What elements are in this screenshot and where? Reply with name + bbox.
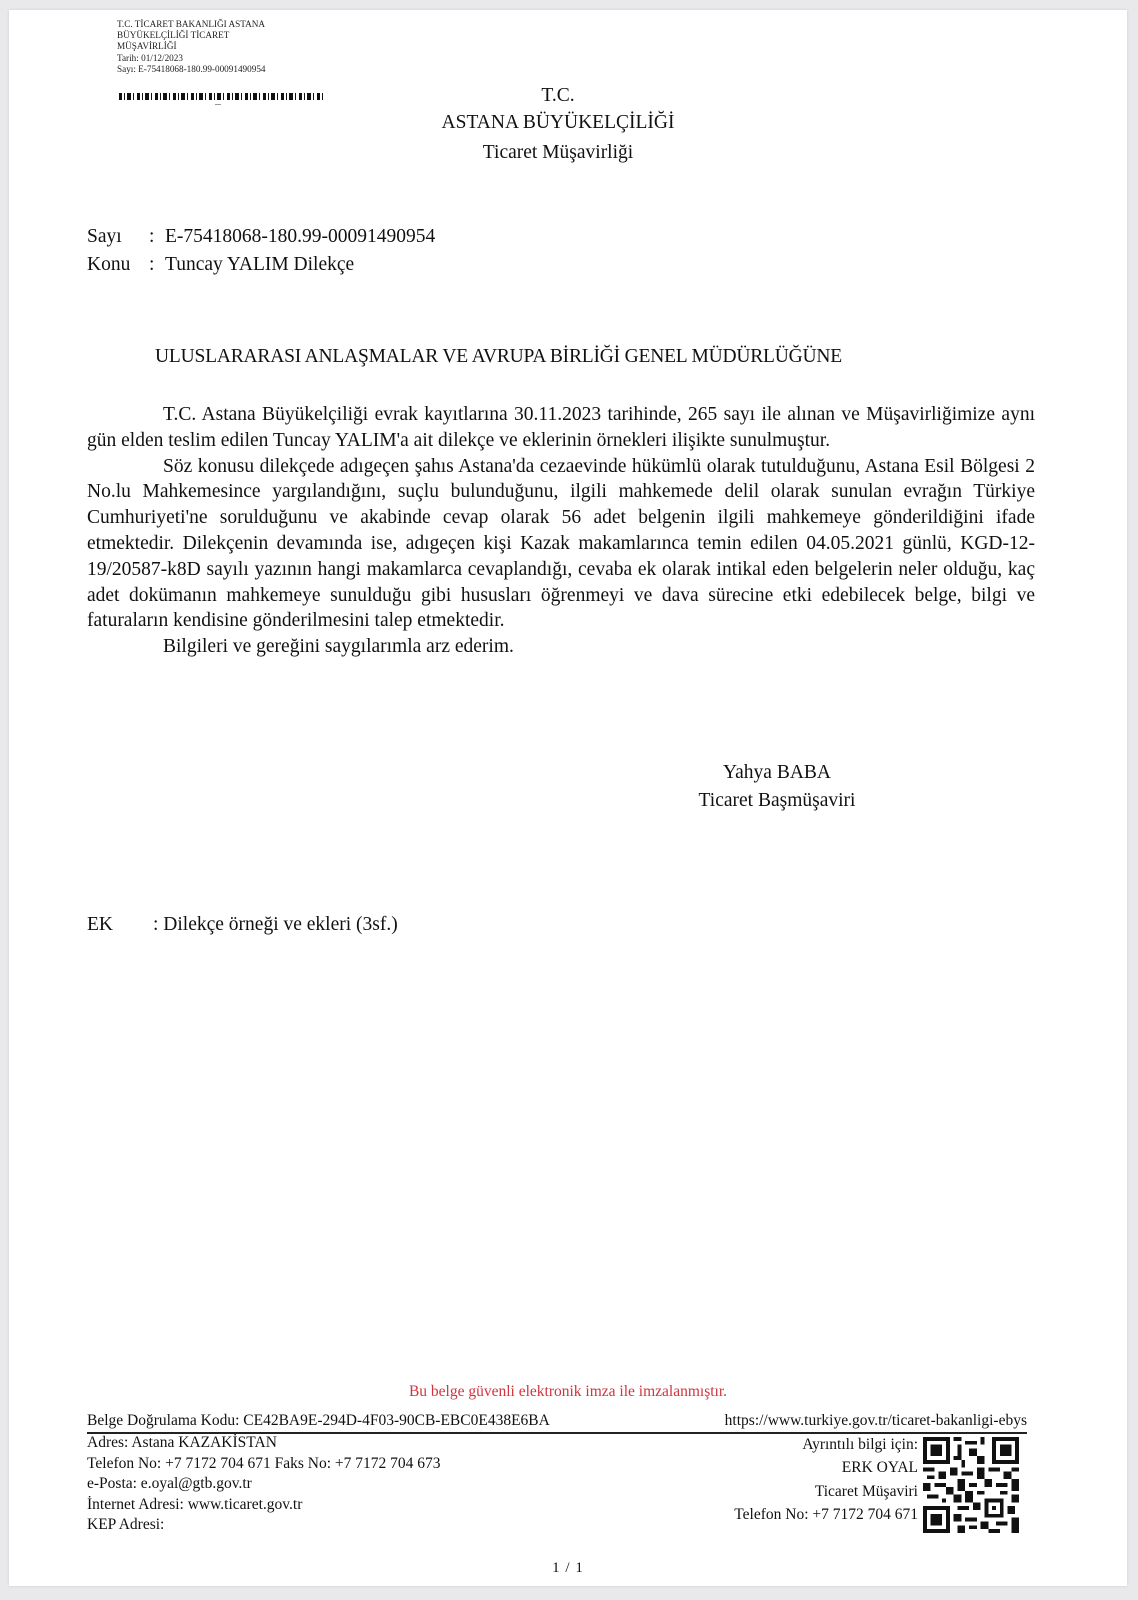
header-country: T.C. (458, 85, 658, 107)
info-title: Ticaret Müşaviri (734, 1480, 918, 1503)
addressee: ULUSLARARASI ANLAŞMALAR VE AVRUPA BİRLİĞ… (155, 346, 842, 368)
sayi-value: E-75418068-180.99-00091490954 (165, 226, 435, 247)
verification-row: Belge Doğrulama Kodu: CE42BA9E-294D-4F03… (87, 1410, 1027, 1434)
body-paragraph: Bilgileri ve gereğini saygılarımla arz e… (87, 634, 1035, 660)
barcode-icon (119, 93, 325, 100)
stamp-line: BÜYÜKELÇİLİĞİ TİCARET (117, 30, 266, 41)
header-embassy: ASTANA BÜYÜKELÇİLİĞİ (358, 112, 758, 134)
contact-email[interactable]: e-Posta: e.oyal@gtb.gov.tr (87, 1474, 441, 1495)
stamp-line: T.C. TİCARET BAKANLIĞI ASTANA (117, 19, 266, 30)
body-paragraph: Söz konusu dilekçede adıgeçen şahıs Asta… (87, 454, 1035, 635)
barcode-mark (215, 104, 221, 105)
contact-address: Adres: Astana KAZAKİSTAN (87, 1433, 441, 1454)
sayi-colon: : (149, 226, 165, 248)
document-page: T.C. TİCARET BAKANLIĞI ASTANA BÜYÜKELÇİL… (9, 10, 1127, 1586)
page-number: 1 / 1 (9, 1560, 1127, 1577)
qr-code-icon (923, 1437, 1019, 1533)
contact-phone: Telefon No: +7 7172 704 671 Faks No: +7 … (87, 1454, 441, 1475)
meta-konu: Konu:Tuncay YALIM Dilekçe (87, 254, 354, 276)
contact-block: Adres: Astana KAZAKİSTAN Telefon No: +7 … (87, 1433, 441, 1536)
verification-url[interactable]: https://www.turkiye.gov.tr/ticaret-bakan… (725, 1412, 1027, 1430)
meta-sayi: Sayı:E-75418068-180.99-00091490954 (87, 226, 435, 248)
konu-colon: : (149, 254, 165, 276)
body-paragraph: T.C. Astana Büyükelçiliği evrak kayıtlar… (87, 402, 1035, 454)
info-heading: Ayrıntılı bilgi için: (734, 1433, 918, 1456)
signatory-title: Ticaret Başmüşaviri (647, 790, 907, 812)
stamp-number: Sayı: E-75418068-180.99-00091490954 (117, 64, 266, 75)
registry-stamp: T.C. TİCARET BAKANLIĞI ASTANA BÜYÜKELÇİL… (117, 19, 266, 75)
konu-value: Tuncay YALIM Dilekçe (165, 254, 354, 275)
signatory-name: Yahya BABA (647, 762, 907, 784)
sayi-label: Sayı (87, 226, 149, 248)
info-block: Ayrıntılı bilgi için: ERK OYAL Ticaret M… (734, 1433, 918, 1526)
attachment: EK: Dilekçe örneği ve ekleri (3sf.) (87, 914, 398, 936)
attachment-label: EK (87, 914, 153, 936)
info-phone: Telefon No: +7 7172 704 671 (734, 1503, 918, 1526)
letter-body: T.C. Astana Büyükelçiliği evrak kayıtlar… (87, 402, 1035, 660)
e-signature-note: Bu belge güvenli elektronik imza ile imz… (9, 1383, 1127, 1401)
header-department: Ticaret Müşavirliği (358, 142, 758, 164)
stamp-line: MÜŞAVİRLİĞİ (117, 41, 266, 52)
stamp-date: Tarih: 01/12/2023 (117, 53, 266, 64)
verification-code: Belge Doğrulama Kodu: CE42BA9E-294D-4F03… (87, 1412, 550, 1430)
contact-kep: KEP Adresi: (87, 1515, 441, 1536)
konu-label: Konu (87, 254, 149, 276)
attachment-value: : Dilekçe örneği ve ekleri (3sf.) (153, 914, 398, 935)
contact-website[interactable]: İnternet Adresi: www.ticaret.gov.tr (87, 1495, 441, 1516)
info-name: ERK OYAL (734, 1456, 918, 1479)
